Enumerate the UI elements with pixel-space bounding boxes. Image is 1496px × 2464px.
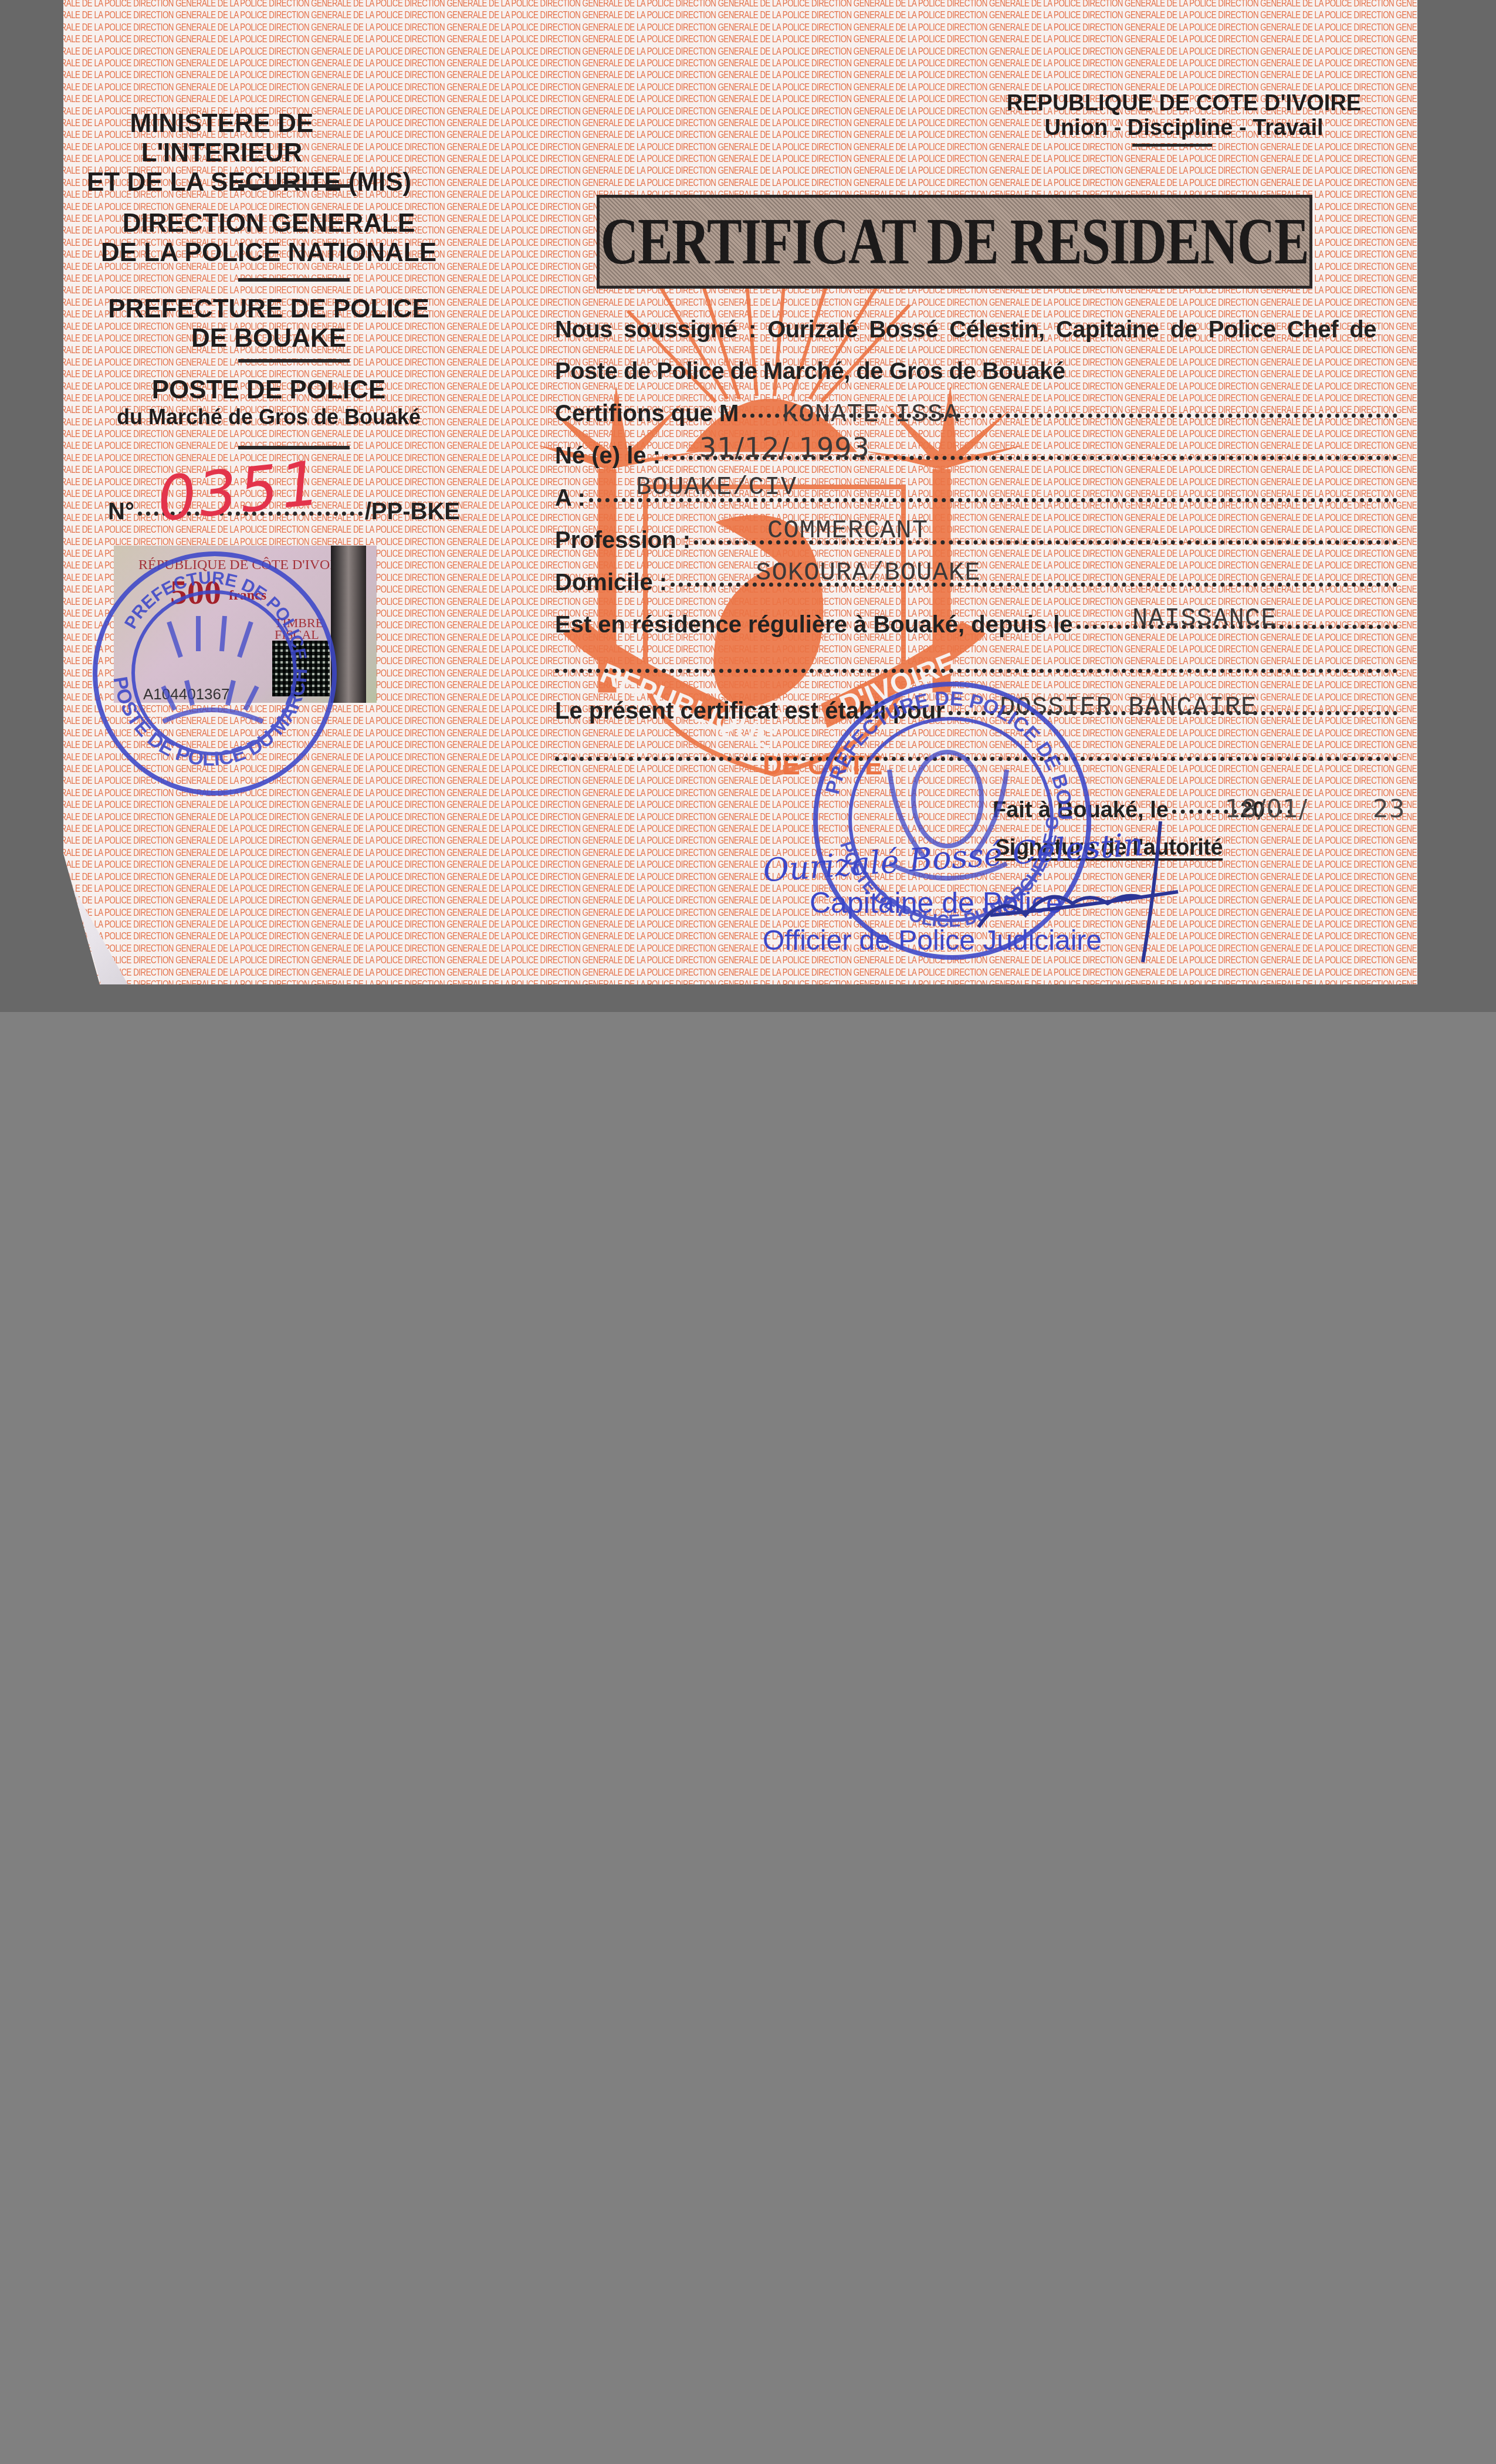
field-domicile-value: SOKOURA/BOUAKE [756,559,981,588]
field-residence-since-value: NAISSANCE [1132,604,1277,634]
certificate-title-box: CERTIFICAT DE RESIDENCE [597,195,1312,289]
number-suffix: /PP-BKE [365,499,460,525]
certificate-document: GENERALE DE LA POLICE DIRECTION GENERALE… [63,0,1417,984]
intro-line-1: Nous soussigné : Ourizalé Bossé Célestin… [555,317,1376,343]
prefecture-line-1: PREFECTURE DE POLICE [87,295,451,324]
field-name: Certifions que M [555,401,1397,427]
divider [238,359,350,363]
field-domicile-label: Domicile : [555,570,667,596]
poste-header: POSTE DE POLICE du Marché de Gros de Bou… [87,375,451,429]
prefecture-line-2: DE BOUAKE [87,324,451,353]
field-birthdate: Né (e) le : [555,443,1397,469]
field-name-value: KONATE ISSA [783,400,959,429]
field-birthplace-value: BOUAKE/CIV [636,473,797,502]
republic-header: REPUBLIQUE DE COTE D'IVOIRE Union - Disc… [979,91,1389,140]
field-profession: Profession : [555,527,1397,554]
field-profession-label: Profession : [555,527,691,554]
direction-header: DIRECTION GENERALE DE LA POLICE NATIONAL… [87,209,451,268]
officer-title-stamp: Officier de Police Judiciaire [763,925,1102,957]
blank-dotted-line [555,669,1397,673]
poste-line-2: du Marché de Gros de Bouaké [87,405,451,429]
certificate-title: CERTIFICAT DE RESIDENCE [601,204,1308,280]
field-name-label: Certifions que M [555,401,739,427]
poste-line-1: POSTE DE POLICE [87,375,451,405]
prefecture-header: PREFECTURE DE POLICE DE BOUAKE [87,295,451,353]
field-birthdate-value: 31/12/ 1993 [699,432,870,463]
field-birthplace-label: A : [555,485,585,512]
field-residence-since-label: Est en résidence régulière à Bouaké, dep… [555,612,1073,638]
field-profession-value: COMMERCANT [767,516,928,546]
year-value: 23 [1373,794,1405,823]
date-value: 18/01/ [1225,794,1308,823]
intro-line-2: Poste de Police de Marché, de Gros de Bo… [555,358,1065,385]
left-police-stamp: POSTE DE POLICE DU MARCHE DE GROS PREFEC… [93,551,337,796]
republic-name: REPUBLIQUE DE COTE D'IVOIRE [979,91,1389,116]
direction-line-1: DIRECTION GENERALE [87,209,451,238]
divider [238,278,350,282]
direction-line-2: DE LA POLICE NATIONALE [87,238,451,268]
ministry-line-2: ET DE LA SECURITE (MIS) [87,168,321,197]
divider [1132,144,1212,147]
divider [238,184,350,188]
number-label: N° [108,499,134,525]
officer-rank-stamp: Capitaine de Police [810,886,1062,920]
ministry-line-1: MINISTERE DE L'INTERIEUR [104,109,339,168]
svg-text:PREFECTURE DE POLICE: PREFECTURE DE POLICE [121,568,310,662]
national-motto: Union - Discipline - Travail [979,116,1389,140]
field-birthdate-label: Né (e) le : [555,443,661,469]
